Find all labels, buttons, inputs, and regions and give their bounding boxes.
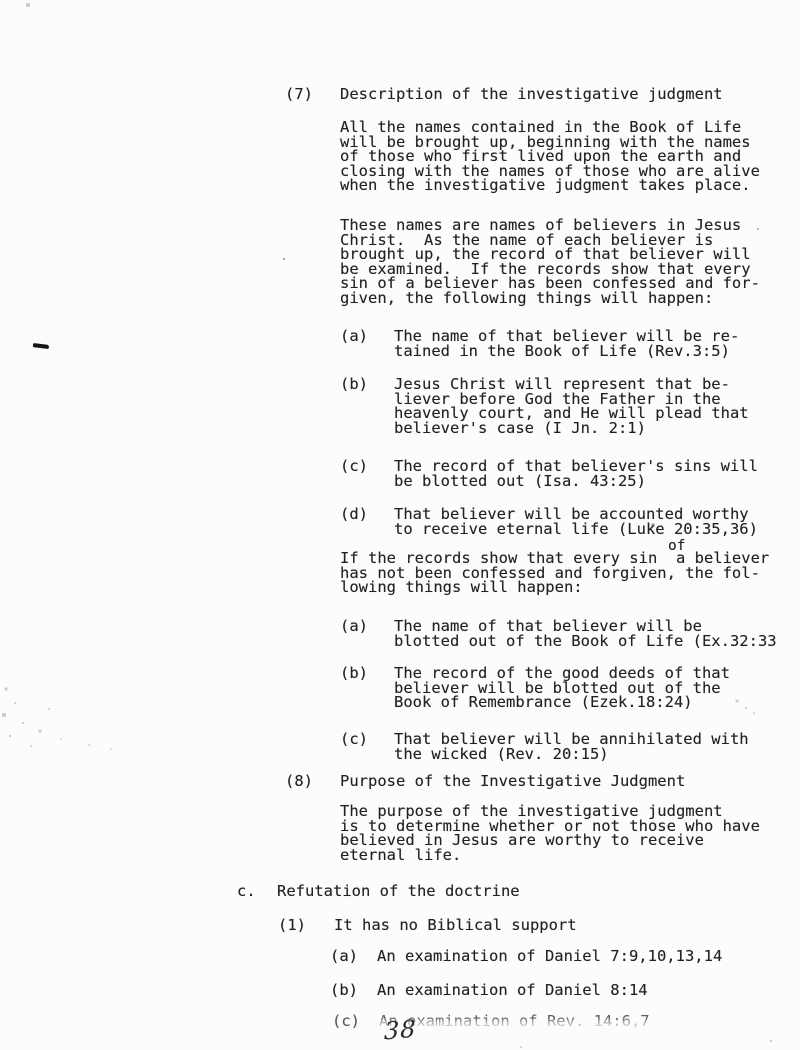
section-8-marker: (8) [285, 774, 313, 789]
list-item-text: That believer will be accounted worthy t… [394, 507, 758, 536]
list-item-marker: (d) [340, 507, 368, 522]
refutation-marker: c. [237, 884, 256, 899]
list-item-marker: (a) [340, 619, 368, 634]
refutation-title: Refutation of the doctrine [277, 884, 520, 899]
list-item-marker: (a) [330, 949, 358, 964]
list-item-marker: (b) [330, 983, 358, 998]
list-item-text: Jesus Christ will represent that be- lie… [394, 377, 749, 435]
section-8-title: Purpose of the Investigative Judgment [340, 774, 685, 789]
paragraph-purpose: The purpose of the investigative judgmen… [340, 804, 760, 862]
paragraph-unconfessed-sins: If the records show that every sin a bel… [340, 551, 769, 595]
list-item-text: The name of that believer will be blotte… [394, 619, 777, 648]
section-7-marker: (7) [285, 87, 313, 102]
paper-speckles [0, 0, 2, 2]
document-page: (7) Description of the investigative jud… [0, 0, 800, 1050]
list-item-marker: (c) [332, 1014, 360, 1029]
section-7-title: Description of the investigative judgmen… [340, 87, 723, 102]
list-item-text: An examination of Daniel 8:14 [377, 983, 648, 998]
list-item-text: The record of the good deeds of that bel… [394, 666, 730, 710]
list-item-text: An examination of Daniel 7:9,10,13,14 [377, 949, 722, 964]
ink-dash-mark [33, 343, 49, 348]
point-1-title: It has no Biblical support [334, 918, 577, 933]
point-1-marker: (1) [278, 918, 306, 933]
paragraph-believers-examined: These names are names of believers in Je… [340, 218, 760, 305]
handwritten-page-number: 38 [384, 1022, 417, 1039]
list-item-text: That believer will be annihilated with t… [394, 732, 749, 761]
list-item-marker: (c) [340, 459, 368, 474]
list-item-text-faded: An examination of Rev. 14:6,7 [379, 1014, 650, 1029]
list-item-marker: (b) [340, 666, 368, 681]
list-item-text: The record of that believer's sins will … [394, 459, 758, 488]
list-item-marker: (b) [340, 377, 368, 392]
list-item-marker: (c) [340, 732, 368, 747]
list-item-marker: (a) [340, 329, 368, 344]
paragraph-names-brought-up: All the names contained in the Book of L… [340, 120, 760, 193]
list-item-text: The name of that believer will be re- ta… [394, 329, 739, 358]
